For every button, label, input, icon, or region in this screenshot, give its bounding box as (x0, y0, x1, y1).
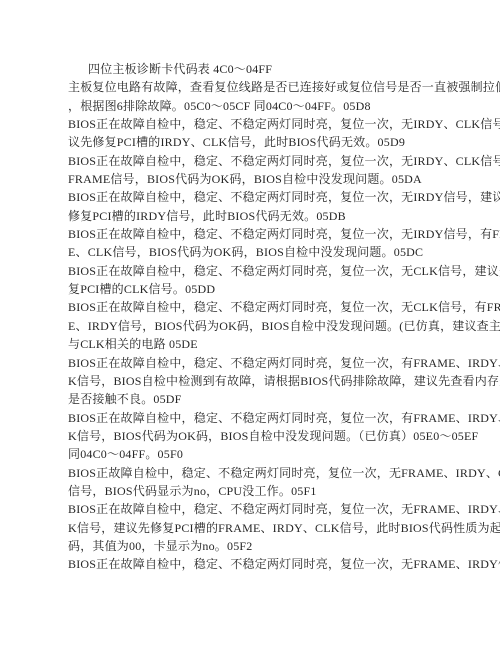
document-title: 四位主板诊断卡代码表 4C0～04FF (68, 60, 436, 78)
document-page: 四位主板诊断卡代码表 4C0～04FF 主板复位电路有故障，查看复位线路是否已连… (0, 0, 500, 647)
text-line: 主板复位电路有故障，查看复位线路是否已连接好或复位信号是否一直被强制拉低 (68, 78, 436, 96)
document-body: 四位主板诊断卡代码表 4C0～04FF 主板复位电路有故障，查看复位线路是否已连… (68, 60, 436, 574)
text-line: BIOS正故障自检中，稳定、不稳定两灯同时亮，复位一次，无FRAME、IRDY、… (68, 464, 436, 482)
text-line: E、IRDY信号，BIOS代码为OK码，BIOS自检中没发现问题。(已仿真，建议… (68, 317, 436, 335)
text-line: BIOS正在故障自检中，稳定、不稳定两灯同时亮，复位一次，无IRDY、CLK信号… (68, 152, 436, 170)
text-line: ，根据图6排除故障。05C0～05CF 同04C0～04FF。05D8 (68, 97, 436, 115)
text-line: BIOS正在故障自检中，稳定、不稳定两灯同时亮，复位一次，无IRDY、CLK信号… (68, 115, 436, 133)
text-line: BIOS正在故障自检中，稳定、不稳定两灯同时亮，复位一次，有FRAME、IRDY… (68, 409, 436, 427)
text-line: BIOS正在故障自检中，稳定、不稳定两灯同时亮，复位一次，无CLK信号，有FRA… (68, 298, 436, 316)
text-line: K信号，BIOS自检中检测到有故障，请根据BIOS代码排除故障，建议先查看内存条 (68, 372, 436, 390)
text-line: BIOS正在故障自检中，稳定、不稳定两灯同时亮，复位一次，无IRDY信号，有FR… (68, 225, 436, 243)
text-line: 复PCI槽的CLK信号。05DD (68, 280, 436, 298)
text-line: 同04C0～04FF。05F0 (68, 445, 436, 463)
text-line: BIOS正在故障自检中，稳定、不稳定两灯同时亮，复位一次，有FRAME、IRDY… (68, 354, 436, 372)
text-line: 信号，BIOS代码显示为no，CPU没工作。05F1 (68, 482, 436, 500)
text-line: BIOS正在故障自检中，稳定、不稳定两灯同时亮，复位一次，无CLK信号，建议先修 (68, 262, 436, 280)
text-line: BIOS正在故障自检中，稳定、不稳定两灯同时亮，复位一次，无FRAME、IRDY… (68, 500, 436, 518)
text-line: BIOS正在故障自检中，稳定、不稳定两灯同时亮，复位一次，无IRDY信号，建议先 (68, 188, 436, 206)
text-line: BIOS正在故障自检中，稳定、不稳定两灯同时亮，复位一次，无FRAME、IRDY… (68, 555, 436, 573)
text-line: 与CLK相关的电路 05DE (68, 335, 436, 353)
text-line: 是否接触不良。05DF (68, 390, 436, 408)
text-line: 修复PCI槽的IRDY信号，此时BIOS代码无效。05DB (68, 207, 436, 225)
text-line: 议先修复PCI槽的IRDY、CLK信号，此时BIOS代码无效。05D9 (68, 133, 436, 151)
text-line: K信号，建议先修复PCI槽的FRAME、IRDY、CLK信号，此时BIOS代码性… (68, 519, 436, 537)
text-line: 码，其值为00，卡显示为no。05F2 (68, 537, 436, 555)
text-line: K信号，BIOS代码为OK码，BIOS自检中没发现问题。（已仿真）05E0～05… (68, 427, 436, 445)
text-line: FRAME信号，BIOS代码为OK码，BIOS自检中没发现问题。05DA (68, 170, 436, 188)
text-line: E、CLK信号，BIOS代码为OK码，BIOS自检中没发现问题。05DC (68, 243, 436, 261)
document-lines: 主板复位电路有故障，查看复位线路是否已连接好或复位信号是否一直被强制拉低，根据图… (68, 78, 436, 573)
